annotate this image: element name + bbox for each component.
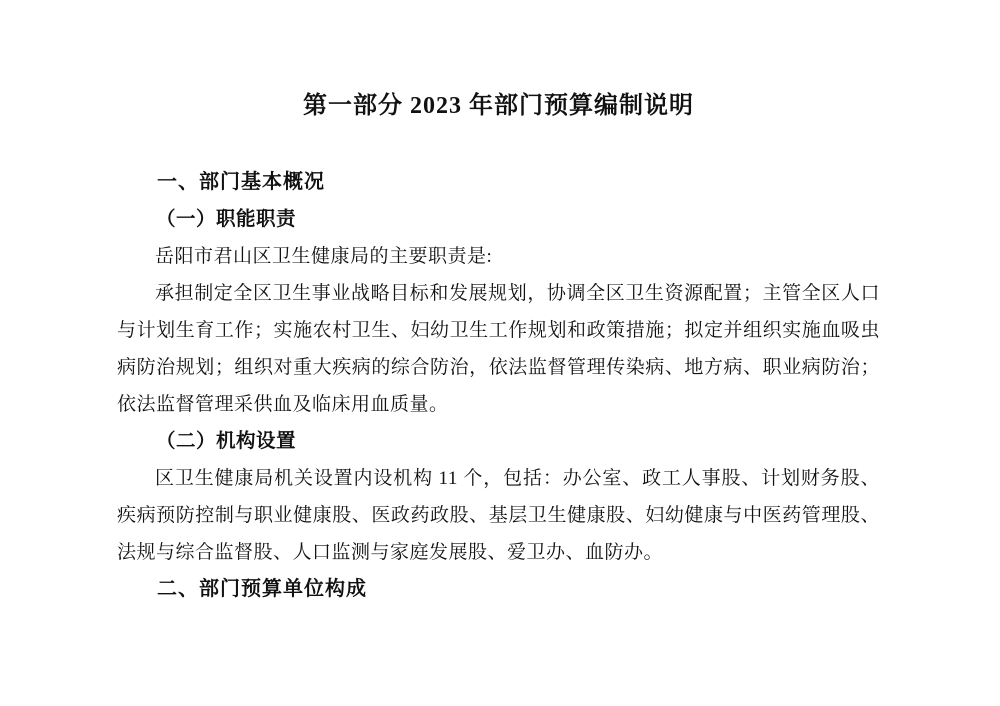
paragraph-duties-detail: 承担制定全区卫生事业战略目标和发展规划，协调全区卫生资源配置；主管全区人口与计划… xyxy=(117,275,880,423)
subsection-1-2-heading: （二）机构设置 xyxy=(117,423,880,460)
paragraph-org-structure: 区卫生健康局机关设置内设机构 11 个，包括：办公室、政工人事股、计划财务股、疾… xyxy=(117,460,880,571)
document-page: 第一部分 2023 年部门预算编制说明 一、部门基本概况 （一）职能职责 岳阳市… xyxy=(0,0,1000,706)
subsection-1-1-heading: （一）职能职责 xyxy=(117,201,880,238)
section-1-heading: 一、部门基本概况 xyxy=(117,164,880,201)
paragraph-duties-intro: 岳阳市君山区卫生健康局的主要职责是: xyxy=(117,238,880,275)
document-title: 第一部分 2023 年部门预算编制说明 xyxy=(117,86,880,126)
section-2-heading: 二、部门预算单位构成 xyxy=(117,571,880,608)
